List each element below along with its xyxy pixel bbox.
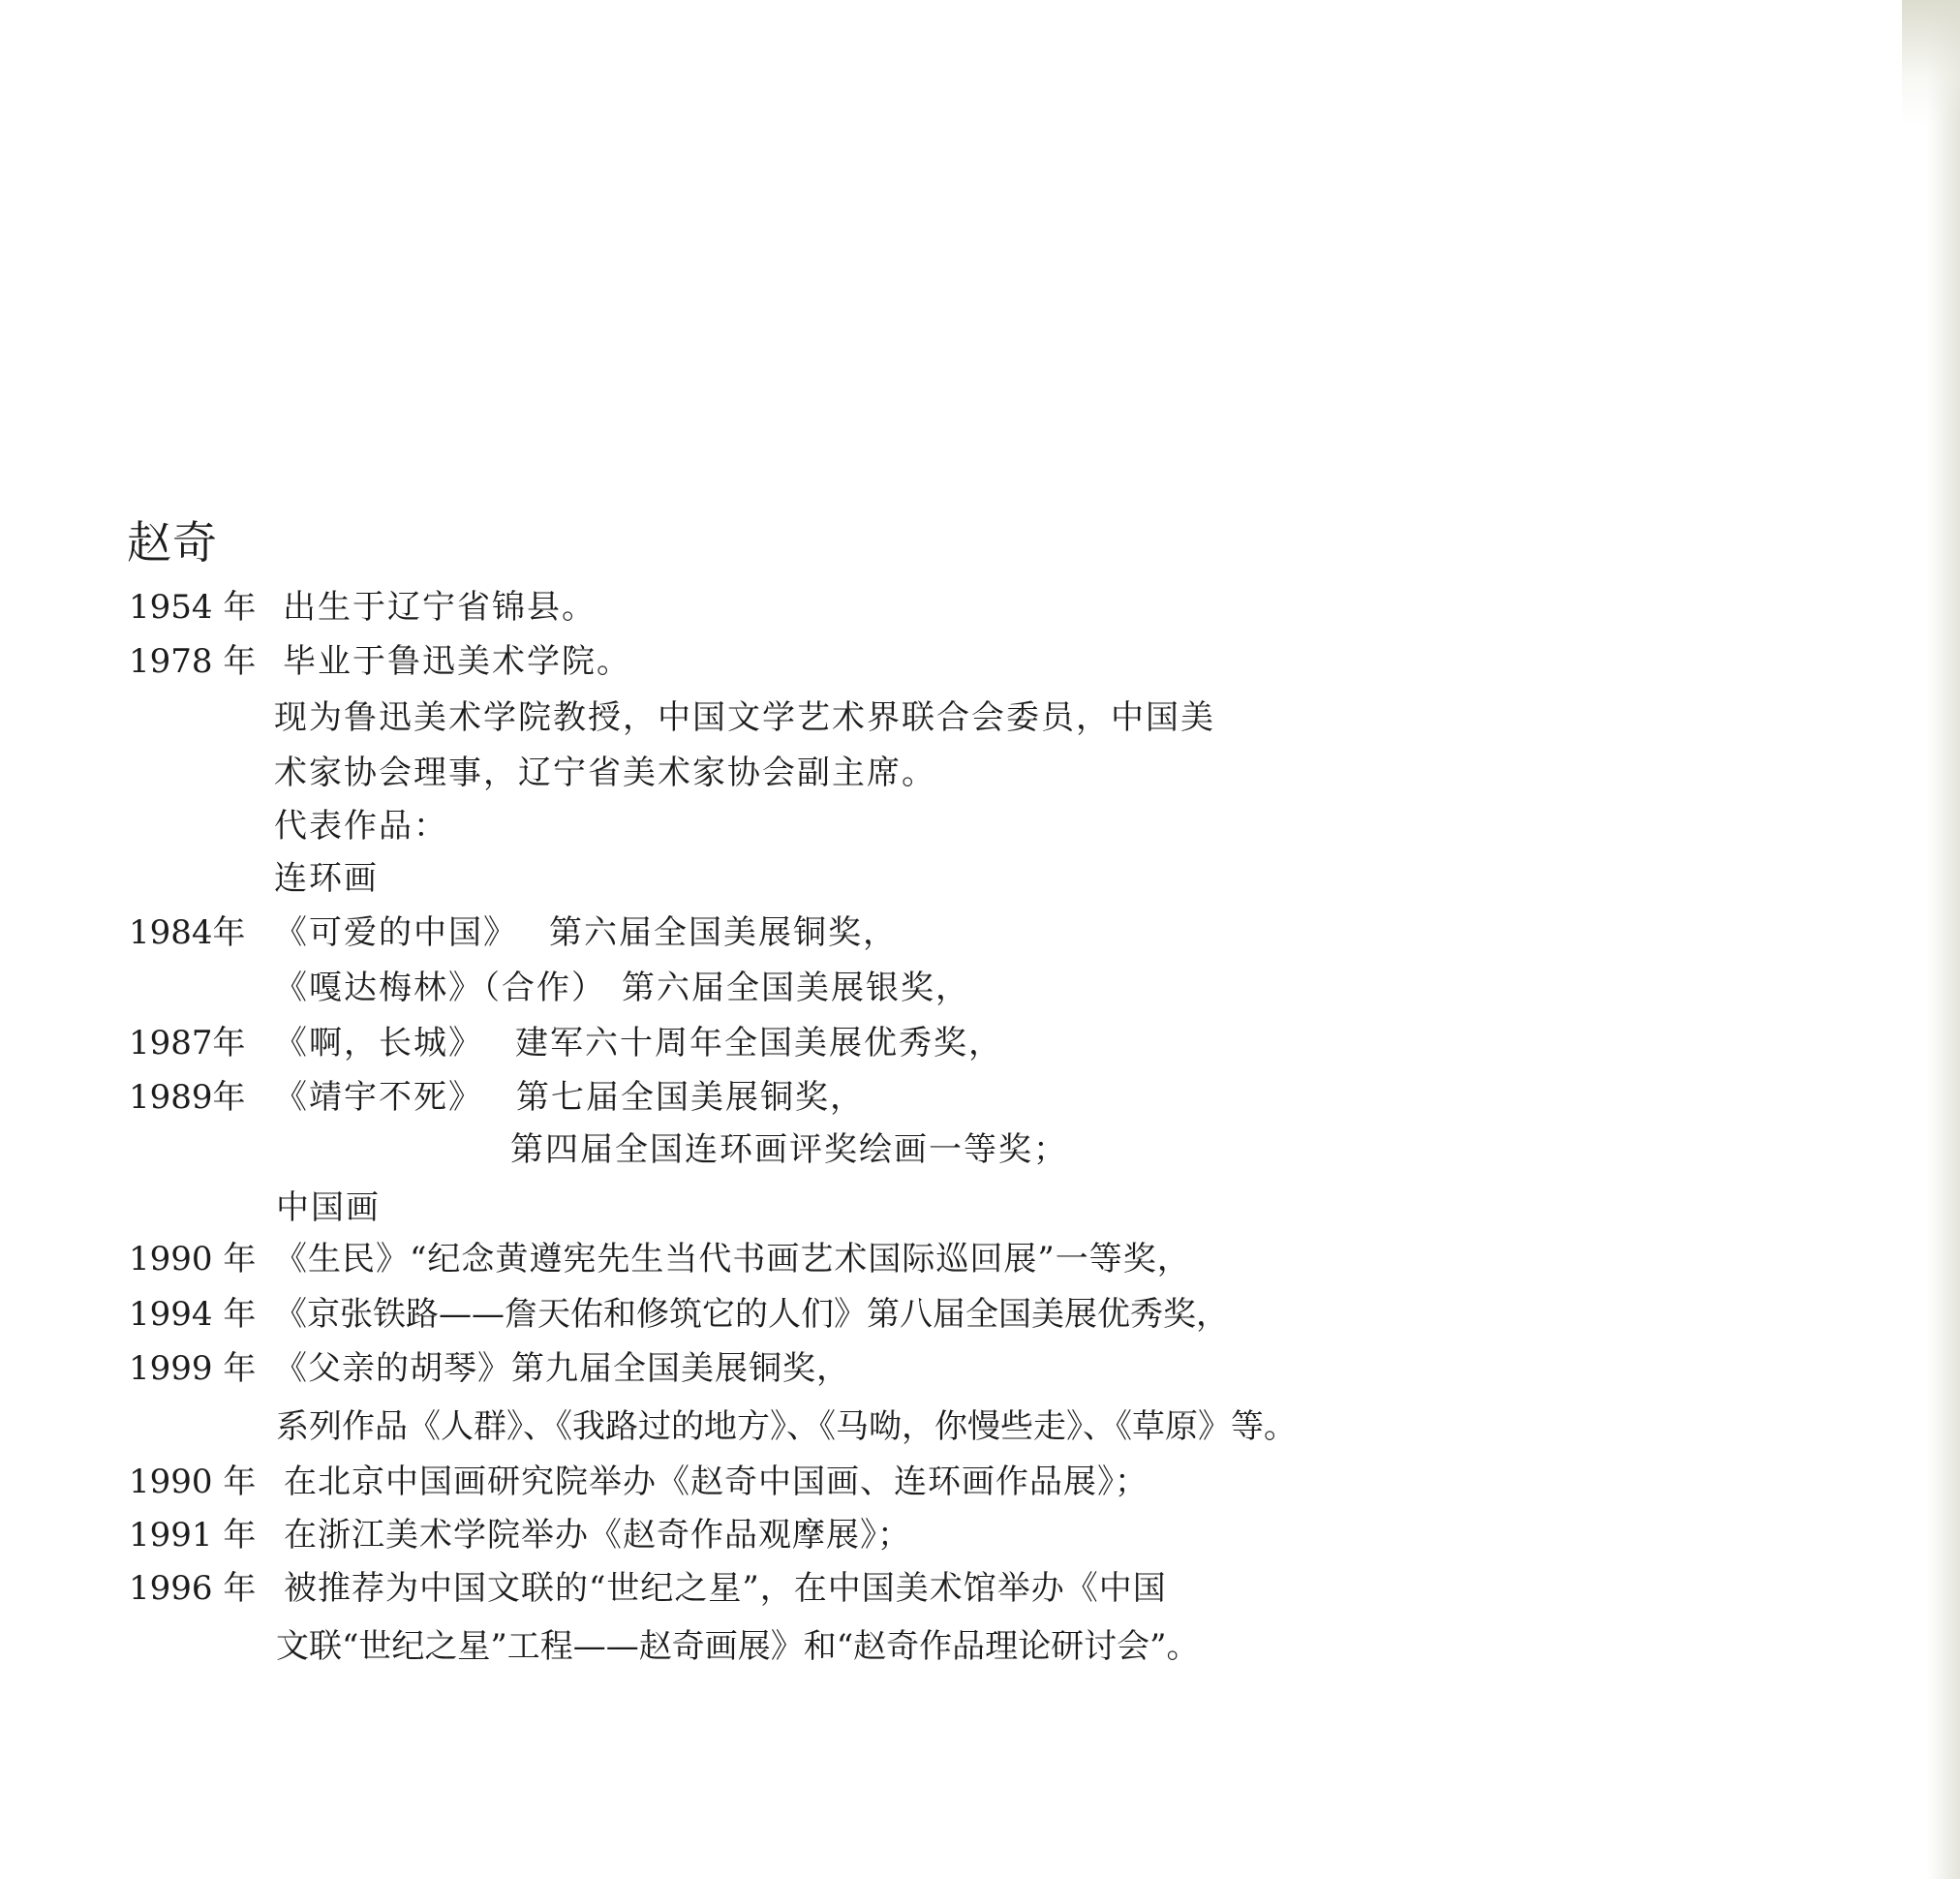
exhibition-line: 1996 年 被推荐为中国文联的“世纪之星”，在中国美术馆举办《中国 xyxy=(0,1568,1960,1609)
bio-line: 术家协会理事，辽宁省美术家协会副主席。 xyxy=(0,753,1960,793)
work-title: 《靖宇不死》 xyxy=(274,1077,483,1118)
year-label: 1990 年 xyxy=(129,1239,256,1279)
exhibition-line: 1990 年 在北京中国画研究院举办《赵奇中国画、连环画作品展》； xyxy=(0,1462,1960,1502)
work-title: 《嘎达梅林》（合作） xyxy=(274,968,606,1008)
exhibition-line: 1991 年 在浙江美术学院举办《赵奇作品观摩展》； xyxy=(0,1515,1960,1556)
bio-text: 出生于辽宁省锦县。 xyxy=(283,587,597,628)
award-text: 第七届全国美展铜奖， xyxy=(516,1077,865,1118)
category-label-comics: 连环画 xyxy=(274,858,379,899)
work-line: 第四届全国连环画评奖绘画一等奖； xyxy=(0,1129,1960,1170)
artist-name-heading: 赵奇 xyxy=(127,516,218,569)
work-line: 1990 年 《生民》“纪念黄遵宪先生当代书画艺术国际巡回展”一等奖， xyxy=(0,1239,1960,1279)
bio-line: 现为鲁迅美术学院教授，中国文学艺术界联合会委员，中国美 xyxy=(0,697,1960,738)
year-label: 1987年 xyxy=(129,1023,246,1063)
year-label: 1978 年 xyxy=(129,641,256,682)
work-line: 1999 年 《父亲的胡琴》第九届全国美展铜奖， xyxy=(0,1348,1960,1389)
work-line: 《嘎达梅林》（合作） 第六届全国美展银奖， xyxy=(0,968,1960,1008)
work-line: 1989年 《靖宇不死》 第七届全国美展铜奖， xyxy=(0,1077,1960,1118)
category-label-chinese-painting: 中国画 xyxy=(276,1187,381,1228)
exhibition-text: 在北京中国画研究院举办《赵奇中国画、连环画作品展》； xyxy=(284,1462,1148,1502)
year-label: 1954 年 xyxy=(129,587,256,628)
bio-text: 毕业于鲁迅美术学院。 xyxy=(283,641,631,682)
section-label-line: 连环画 xyxy=(0,858,1960,899)
exhibition-text: 被推荐为中国文联的“世纪之星”，在中国美术馆举办《中国 xyxy=(284,1568,1167,1609)
exhibition-text: 文联“世纪之星”工程——赵奇画展》和“赵奇作品理论研讨会”。 xyxy=(276,1626,1200,1667)
work-title: 《可爱的中国》 xyxy=(274,912,518,953)
work-award-text: 《父亲的胡琴》第九届全国美展铜奖， xyxy=(274,1348,850,1389)
section-label-line: 代表作品： xyxy=(0,806,1960,847)
year-label: 1999 年 xyxy=(129,1348,256,1389)
award-text: 建军六十周年全国美展优秀奖， xyxy=(515,1023,1003,1063)
exhibition-line: 文联“世纪之星”工程——赵奇画展》和“赵奇作品理论研讨会”。 xyxy=(0,1626,1960,1667)
bio-text: 术家协会理事，辽宁省美术家协会副主席。 xyxy=(274,753,936,793)
work-award-text: 《生民》“纪念黄遵宪先生当代书画艺术国际巡回展”一等奖， xyxy=(274,1239,1191,1279)
year-label: 1990 年 xyxy=(129,1462,256,1502)
award-text: 第六届全国美展银奖， xyxy=(622,968,970,1008)
work-line: 系列作品《人群》、《我路过的地方》、《马呦，你慢些走》、《草原》等。 xyxy=(0,1406,1960,1447)
award-text: 第六届全国美展铜奖， xyxy=(549,912,898,953)
work-line: 1994 年 《京张铁路——詹天佑和修筑它的人们》第八届全国美展优秀奖， xyxy=(0,1294,1960,1335)
year-label: 1984年 xyxy=(129,912,246,953)
bio-line: 1978 年 毕业于鲁迅美术学院。 xyxy=(0,641,1960,682)
work-award-text: 《京张铁路——詹天佑和修筑它的人们》第八届全国美展优秀奖， xyxy=(274,1294,1229,1335)
bio-line: 1954 年 出生于辽宁省锦县。 xyxy=(0,587,1960,628)
year-label: 1996 年 xyxy=(129,1568,256,1609)
award-text: 第四届全国连环画评奖绘画一等奖； xyxy=(510,1129,1068,1170)
year-label: 1991 年 xyxy=(129,1515,256,1556)
section-label-line: 中国画 xyxy=(0,1187,1960,1228)
representative-works-label: 代表作品： xyxy=(274,806,448,847)
bio-text: 现为鲁迅美术学院教授，中国文学艺术界联合会委员，中国美 xyxy=(274,697,1215,738)
year-label: 1989年 xyxy=(129,1077,246,1118)
work-line: 1987年 《啊，长城》 建军六十周年全国美展优秀奖， xyxy=(0,1023,1960,1063)
document-page: 赵奇 1954 年 出生于辽宁省锦县。 1978 年 毕业于鲁迅美术学院。 现为… xyxy=(0,0,1960,1879)
work-title: 《啊，长城》 xyxy=(274,1023,483,1063)
exhibition-text: 在浙江美术学院举办《赵奇作品观摩展》； xyxy=(284,1515,911,1556)
work-line: 1984年 《可爱的中国》 第六届全国美展铜奖， xyxy=(0,912,1960,953)
page-corner-shadow xyxy=(1902,0,1960,126)
series-works-text: 系列作品《人群》、《我路过的地方》、《马呦，你慢些走》、《草原》等。 xyxy=(276,1406,1297,1447)
year-label: 1994 年 xyxy=(129,1294,256,1335)
